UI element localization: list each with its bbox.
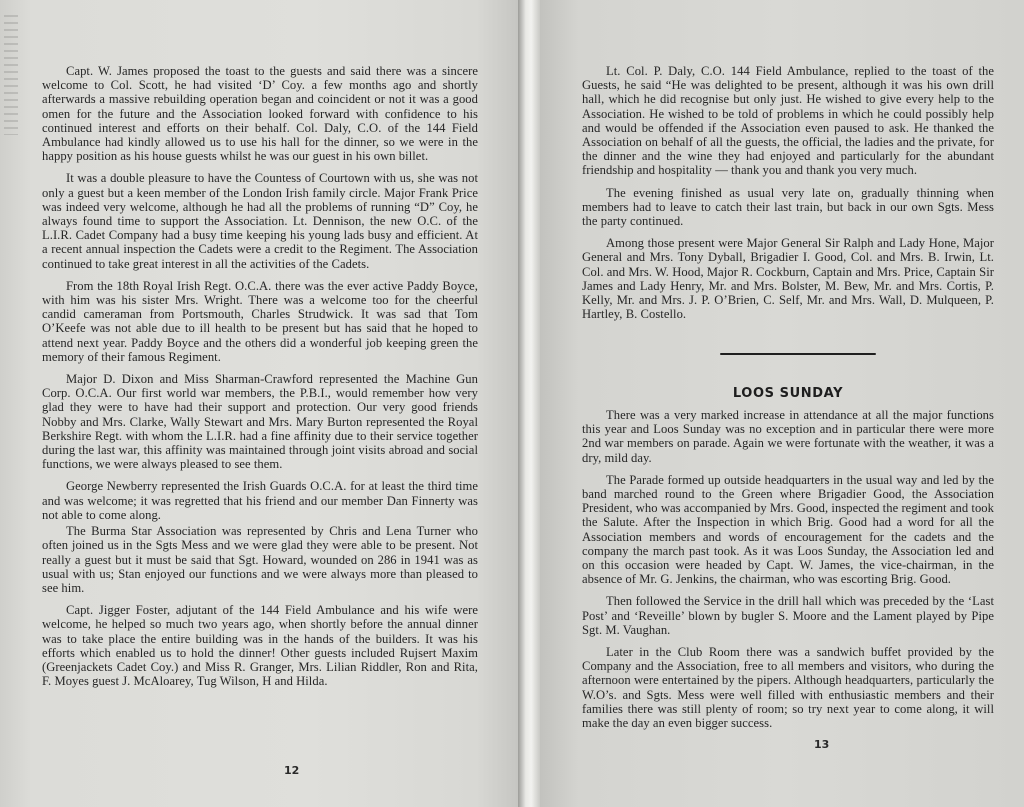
- paragraph-burma-star: The Burma Star Association was represent…: [42, 524, 478, 595]
- paragraph-service: Then followed the Service in the drill h…: [582, 594, 994, 637]
- right-page-text: Lt. Col. P. Daly, C.O. 144 Field Ambulan…: [582, 64, 994, 329]
- right-page: Lt. Col. P. Daly, C.O. 144 Field Ambulan…: [540, 0, 1024, 807]
- paragraph-lt-col-daly-reply: Lt. Col. P. Daly, C.O. 144 Field Ambulan…: [582, 64, 994, 178]
- section-divider-rule: [720, 353, 876, 355]
- paragraph-irish-guards: George Newberry represented the Irish Gu…: [42, 479, 478, 522]
- page-number-right: 13: [814, 738, 829, 751]
- paragraph-attendance-increase: There was a very marked increase in atte…: [582, 408, 994, 465]
- left-page-text: Capt. W. James proposed the toast to the…: [42, 64, 478, 696]
- book-spine-gutter: [518, 0, 540, 807]
- paragraph-royal-irish-regt: From the 18th Royal Irish Regt. O.C.A. t…: [42, 279, 478, 364]
- paragraph-jigger-foster: Capt. Jigger Foster, adjutant of the 144…: [42, 603, 478, 688]
- left-page: Capt. W. James proposed the toast to the…: [0, 0, 518, 807]
- paragraph-countess-of-courtown: It was a double pleasure to have the Cou…: [42, 171, 478, 270]
- paragraph-toast-to-guests: Capt. W. James proposed the toast to the…: [42, 64, 478, 163]
- page-number-left: 12: [284, 764, 299, 777]
- paragraph-machine-gun-corp: Major D. Dixon and Miss Sharman-Crawford…: [42, 372, 478, 471]
- page-edge-wear: [4, 15, 18, 135]
- paragraph-among-those-present: Among those present were Major General S…: [582, 236, 994, 321]
- section-title-loos-sunday: LOOS SUNDAY: [582, 386, 994, 401]
- paragraph-parade: The Parade formed up outside headquarter…: [582, 473, 994, 587]
- paragraph-club-room-buffet: Later in the Club Room there was a sandw…: [582, 645, 994, 730]
- paragraph-evening-finished: The evening finished as usual very late …: [582, 186, 994, 229]
- loos-sunday-text: There was a very marked increase in atte…: [582, 408, 994, 738]
